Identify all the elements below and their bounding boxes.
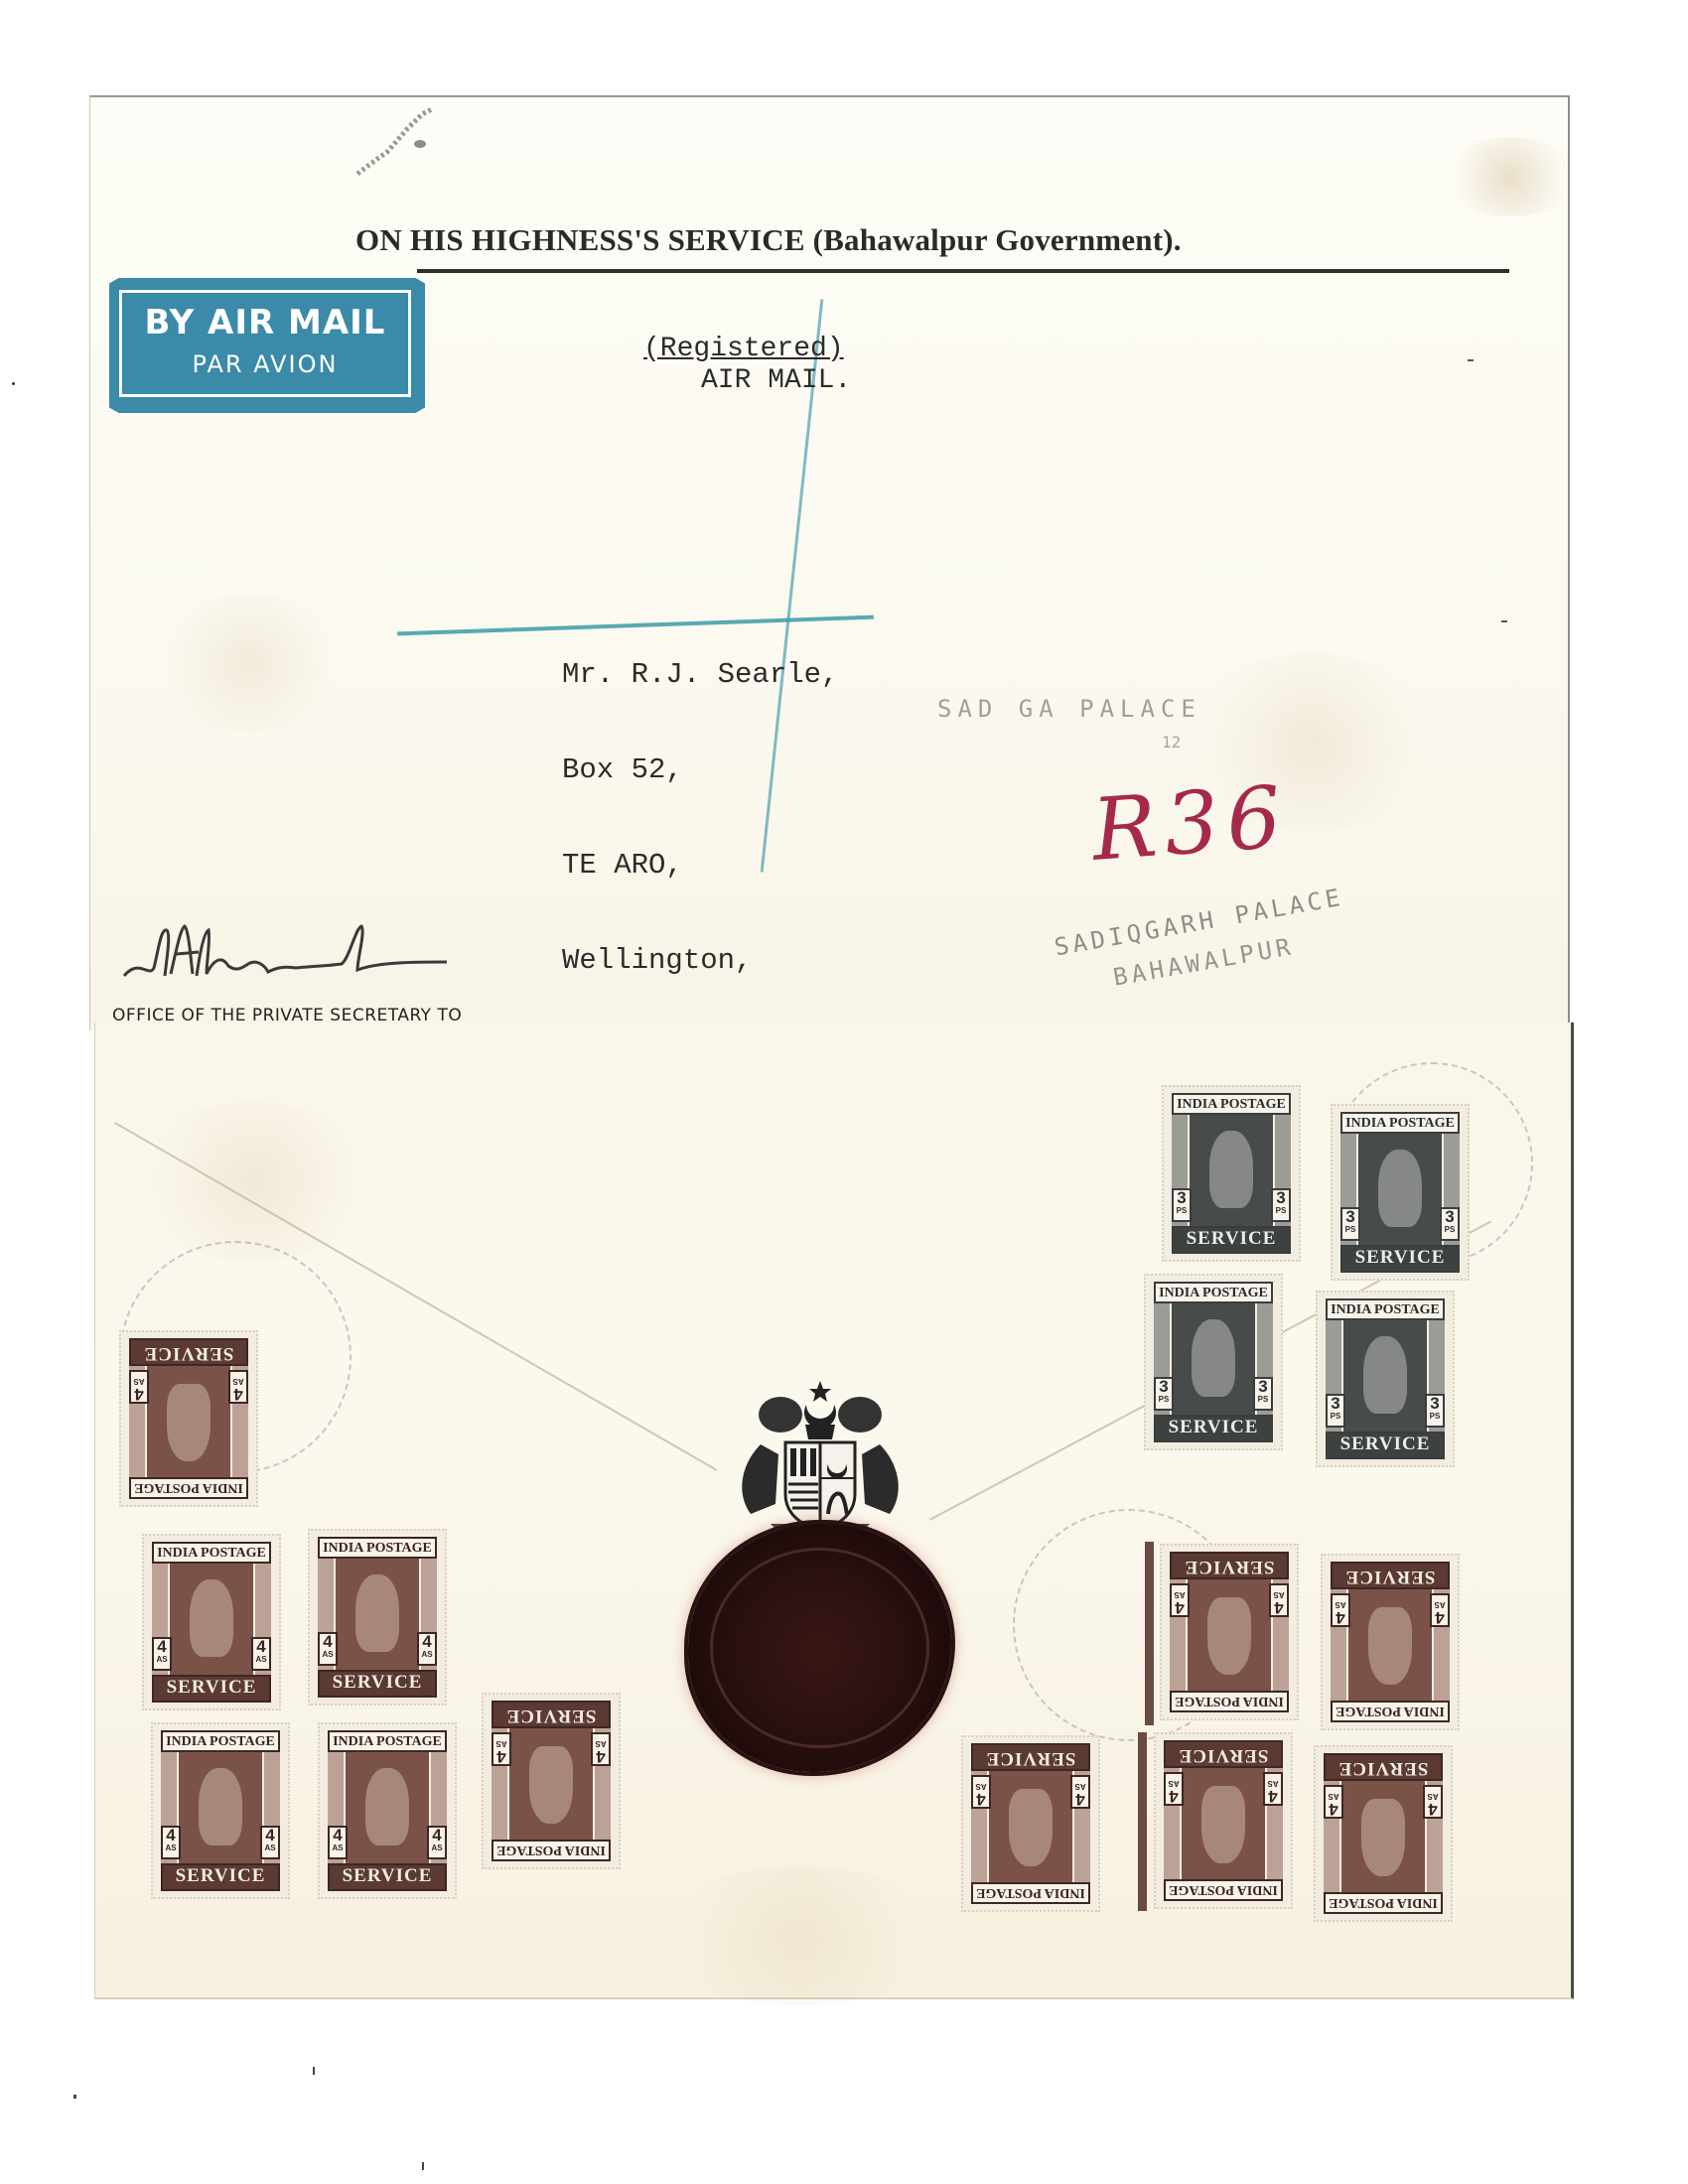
stamp-frame: INDIA POSTAGE 4AS 4AS SERVICE	[152, 1542, 271, 1703]
stamp-bot: SERVICE	[1340, 1245, 1460, 1273]
stamp-small: AS	[1166, 1778, 1182, 1788]
stamp-top: INDIA POSTAGE	[129, 1477, 248, 1499]
stamp-frame: INDIA POSTAGE 4AS 4AS SERVICE	[1164, 1740, 1283, 1901]
stamp-val-l: 3PS	[1340, 1207, 1360, 1241]
stamp-val-r: 4AS	[1170, 1583, 1190, 1617]
sheet-gutter-bar	[1138, 1732, 1147, 1911]
stamp-frame: INDIA POSTAGE 4AS 4AS SERVICE	[1331, 1562, 1450, 1722]
stamp-val-l: 4AS	[591, 1732, 611, 1766]
stamp-val-l: 4AS	[1269, 1583, 1289, 1617]
stamp-4as-service-inverted: INDIA POSTAGE 4AS 4AS SERVICE	[1160, 1544, 1299, 1720]
stamp-span: 4	[596, 1747, 605, 1766]
stamp-head	[1368, 1607, 1412, 1685]
stamp-4as-service: INDIA POSTAGE 4AS 4AS SERVICE	[308, 1529, 447, 1706]
stamp-small: PS	[1328, 1412, 1343, 1422]
stamp-top: INDIA POSTAGE	[1172, 1093, 1291, 1115]
stamp-mid: 4AS 4AS	[1170, 1579, 1289, 1691]
stamp-bot: SERVICE	[328, 1863, 447, 1891]
envelope-heading: ON HIS HIGHNESS'S SERVICE (Bahawalpur Go…	[355, 222, 1182, 258]
stamp-frame: INDIA POSTAGE 4AS 4AS SERVICE	[971, 1743, 1090, 1904]
stamp-frame: INDIA POSTAGE 3PS 3PS SERVICE	[1340, 1112, 1460, 1273]
stamp-top: INDIA POSTAGE	[1340, 1112, 1460, 1134]
stamp-small: AS	[429, 1843, 445, 1853]
stamp-top: INDIA POSTAGE	[328, 1730, 447, 1752]
heading-rule	[417, 269, 1509, 273]
stamp-val-r: 3PS	[1271, 1188, 1291, 1222]
stamp-span: 4	[496, 1747, 505, 1766]
stamp-top: INDIA POSTAGE	[161, 1730, 280, 1752]
stamp-head	[1201, 1786, 1245, 1863]
airmail-label-line1: BY AIR MAIL	[122, 303, 408, 342]
stamp-head	[355, 1574, 399, 1652]
stamp-small: AS	[973, 1781, 989, 1791]
stamp-4as-service-inverted: INDIA POSTAGE 4AS 4AS SERVICE	[961, 1735, 1100, 1912]
stamp-val-r: 4AS	[1164, 1772, 1184, 1806]
registered-text: (Registered)	[643, 334, 844, 364]
stamp-small: AS	[1432, 1599, 1448, 1609]
stamp-top: INDIA POSTAGE	[1164, 1879, 1283, 1901]
stamp-val-l: 4AS	[152, 1637, 172, 1671]
stamp-mid: 4AS 4AS	[1164, 1768, 1283, 1879]
stamp-4as-service: INDIA POSTAGE 4AS 4AS SERVICE	[151, 1722, 290, 1899]
stamp-portrait	[1348, 1589, 1432, 1701]
stamp-4as-service-inverted: INDIA POSTAGE 4AS 4AS SERVICE	[1321, 1554, 1460, 1730]
stamp-small: AS	[320, 1650, 336, 1660]
scan-speck	[313, 2067, 315, 2075]
stamp-val-r: 4AS	[260, 1826, 280, 1859]
registered-marking: (Registered)	[643, 334, 844, 364]
stamp-4as-service-inverted: INDIA POSTAGE 4AS 4AS SERVICE	[1314, 1745, 1453, 1922]
stamp-val-r: 3PS	[1253, 1377, 1273, 1411]
stamp-mid: 3PS 3PS	[1340, 1134, 1460, 1245]
stamp-small: AS	[1265, 1778, 1281, 1788]
stamp-val-l: 4AS	[228, 1370, 248, 1404]
stamp-span: 3	[1345, 1207, 1354, 1226]
stamp-head	[1009, 1789, 1053, 1866]
stamp-span: 4	[976, 1790, 985, 1809]
stamp-small: PS	[1255, 1395, 1271, 1405]
stamp-span: 4	[1329, 1800, 1337, 1819]
airmail-label-border: BY AIR MAIL PAR AVION	[119, 290, 411, 397]
stamp-span: 4	[1274, 1598, 1283, 1617]
stamp-small: AS	[253, 1655, 269, 1665]
stamp-span: 4	[256, 1637, 265, 1656]
stamp-head	[1207, 1597, 1251, 1675]
stamp-span: 4	[1169, 1787, 1178, 1806]
stamp-bot: SERVICE	[492, 1701, 611, 1728]
stamp-bot: SERVICE	[1172, 1226, 1291, 1254]
stamp-top: INDIA POSTAGE	[1331, 1701, 1450, 1722]
stamp-small: PS	[1427, 1412, 1443, 1422]
stamp-4as-service: INDIA POSTAGE 4AS 4AS SERVICE	[142, 1534, 281, 1710]
stamp-bot: SERVICE	[1164, 1740, 1283, 1768]
sheet-gutter-bar	[1145, 1542, 1154, 1725]
stamp-top: INDIA POSTAGE	[1326, 1298, 1445, 1320]
stamp-span: 4	[1075, 1790, 1084, 1809]
stamp-val-l: 4AS	[1070, 1775, 1090, 1809]
address-line: Box 52,	[562, 754, 838, 786]
stamp-head	[365, 1768, 409, 1845]
stamp-span: 3	[1177, 1188, 1186, 1207]
airmail-label: BY AIR MAIL PAR AVION	[109, 278, 425, 413]
ink-smudge	[352, 104, 442, 179]
stamp-val-r: 3PS	[1440, 1207, 1460, 1241]
stamp-val-l: 4AS	[1263, 1772, 1283, 1806]
stamp-bot: SERVICE	[152, 1675, 271, 1703]
stamp-4as-service-inverted: INDIA POSTAGE 4AS 4AS SERVICE	[1154, 1732, 1293, 1909]
stamp-portrait	[170, 1564, 253, 1675]
stamp-head	[529, 1746, 573, 1824]
stamp-span: 4	[1175, 1598, 1184, 1617]
stamp-val-l: 4AS	[1423, 1785, 1443, 1819]
stamp-head	[1378, 1150, 1422, 1227]
registration-number: R36	[1089, 767, 1293, 881]
stamp-small: AS	[1326, 1791, 1341, 1801]
stamp-val-l: 4AS	[318, 1632, 338, 1666]
stamp-span: 3	[1276, 1188, 1285, 1207]
stamp-val-r: 4AS	[251, 1637, 271, 1671]
stamp-head	[167, 1384, 211, 1461]
stamp-bot: SERVICE	[1170, 1552, 1289, 1579]
stamp-portrait	[989, 1771, 1072, 1882]
stamp-3ps-service: INDIA POSTAGE 3PS 3PS SERVICE	[1144, 1274, 1283, 1450]
stamp-span: 4	[233, 1385, 242, 1404]
stamp-small: AS	[593, 1738, 609, 1748]
stamp-portrait	[336, 1559, 419, 1670]
stamp-4as-service-inverted: INDIA POSTAGE 4AS 4AS SERVICE	[482, 1693, 621, 1869]
scan-speck	[422, 2162, 424, 2170]
stamp-span: 4	[323, 1632, 332, 1651]
stamp-small: AS	[230, 1376, 246, 1386]
stamp-span: 4	[333, 1826, 342, 1844]
stamp-head	[1361, 1799, 1405, 1876]
stamp-frame: INDIA POSTAGE 4AS 4AS SERVICE	[328, 1730, 447, 1891]
stamp-span: 4	[1428, 1800, 1437, 1819]
stamp-val-r: 4AS	[427, 1826, 447, 1859]
stamp-mid: 3PS 3PS	[1326, 1320, 1445, 1432]
stamp-bot: SERVICE	[1326, 1432, 1445, 1459]
stamp-portrait	[1343, 1320, 1427, 1432]
stamp-span: 3	[1159, 1377, 1168, 1396]
stamp-small: PS	[1174, 1206, 1190, 1216]
stamp-bot: SERVICE	[129, 1338, 248, 1366]
stamp-bot: SERVICE	[1324, 1753, 1443, 1781]
stamp-frame: INDIA POSTAGE 4AS 4AS SERVICE	[1324, 1753, 1443, 1914]
stamp-mid: 4AS 4AS	[492, 1728, 611, 1840]
stamp-val-l: 4AS	[161, 1826, 181, 1859]
stamp-frame: INDIA POSTAGE 3PS 3PS SERVICE	[1154, 1282, 1273, 1442]
stamp-frame: INDIA POSTAGE 4AS 4AS SERVICE	[492, 1701, 611, 1861]
stamp-frame: INDIA POSTAGE 4AS 4AS SERVICE	[129, 1338, 248, 1499]
stamp-val-l: 3PS	[1326, 1394, 1345, 1428]
stamp-3ps-service: INDIA POSTAGE 3PS 3PS SERVICE	[1316, 1291, 1455, 1467]
stamp-mid: 4AS 4AS	[1324, 1781, 1443, 1892]
stamp-val-l: 4AS	[328, 1826, 348, 1859]
stamp-mid: 4AS 4AS	[328, 1752, 447, 1863]
stamp-small: AS	[1333, 1599, 1348, 1609]
stamp-head	[1363, 1336, 1407, 1414]
stamp-mid: 3PS 3PS	[1154, 1303, 1273, 1415]
stamp-span: 3	[1331, 1394, 1339, 1413]
address-line: TE ARO,	[562, 850, 838, 882]
stamp-span: 3	[1430, 1394, 1439, 1413]
stamp-frame: INDIA POSTAGE 3PS 3PS SERVICE	[1172, 1093, 1291, 1254]
stamp-head	[199, 1768, 242, 1845]
stamp-val-r: 4AS	[492, 1732, 511, 1766]
stamp-span: 4	[166, 1826, 175, 1844]
stamp-portrait	[179, 1752, 262, 1863]
stamp-4as-service: INDIA POSTAGE 4AS 4AS SERVICE	[318, 1722, 457, 1899]
stamp-val-r: 4AS	[1324, 1785, 1343, 1819]
stamp-span: 4	[1336, 1608, 1344, 1627]
stamp-head	[190, 1579, 233, 1657]
stamp-top: INDIA POSTAGE	[971, 1882, 1090, 1904]
stamp-span: 4	[134, 1385, 143, 1404]
stamp-span: 4	[1268, 1787, 1277, 1806]
stamp-3ps-service: INDIA POSTAGE 3PS 3PS SERVICE	[1331, 1104, 1470, 1281]
scan-speck	[73, 2095, 76, 2099]
stamp-small: AS	[163, 1843, 179, 1853]
stamp-portrait	[1358, 1134, 1442, 1245]
stamp-small: AS	[1271, 1589, 1287, 1599]
stamp-span: 4	[1435, 1608, 1444, 1627]
address-line: Mr. R.J. Searle,	[562, 659, 838, 691]
stamp-frame: INDIA POSTAGE 3PS 3PS SERVICE	[1326, 1298, 1445, 1459]
stamp-span: 4	[157, 1637, 166, 1656]
stamp-val-r: 4AS	[417, 1632, 437, 1666]
stamp-small: PS	[1442, 1225, 1458, 1235]
stamp-small: AS	[262, 1843, 278, 1853]
stamp-top: INDIA POSTAGE	[492, 1840, 611, 1861]
stamp-small: AS	[330, 1843, 346, 1853]
stamp-head	[1209, 1131, 1253, 1208]
stamp-bot: SERVICE	[318, 1670, 437, 1698]
stamp-portrait	[1182, 1768, 1265, 1879]
stamp-mid: 4AS 4AS	[318, 1559, 437, 1670]
stamp-frame: INDIA POSTAGE 4AS 4AS SERVICE	[318, 1537, 437, 1698]
scan-speck	[12, 382, 15, 385]
postmark-date: 12	[1162, 733, 1181, 751]
stamp-val-l: 3PS	[1172, 1188, 1192, 1222]
stamp-small: PS	[1273, 1206, 1289, 1216]
stamp-frame: INDIA POSTAGE 4AS 4AS SERVICE	[1170, 1552, 1289, 1712]
stamp-small: AS	[1172, 1589, 1188, 1599]
stamp-val-r: 4AS	[1331, 1593, 1350, 1627]
stamp-top: INDIA POSTAGE	[1170, 1691, 1289, 1712]
stamp-mid: 4AS 4AS	[1331, 1589, 1450, 1701]
stamp-head	[1192, 1319, 1235, 1397]
postmark-partial: SAD GA PALACE	[937, 695, 1201, 723]
stamp-small: PS	[1342, 1225, 1358, 1235]
stamp-portrait	[147, 1366, 230, 1477]
stamp-small: AS	[154, 1655, 170, 1665]
stamp-bot: SERVICE	[971, 1743, 1090, 1771]
scan-speck	[1501, 620, 1507, 622]
stamp-small: PS	[1156, 1395, 1172, 1405]
stamp-top: INDIA POSTAGE	[1154, 1282, 1273, 1303]
stamp-small: AS	[1072, 1781, 1088, 1791]
stamp-portrait	[509, 1728, 593, 1840]
stamp-bot: SERVICE	[1154, 1415, 1273, 1442]
scan-speck	[1468, 359, 1474, 361]
stamp-portrait	[1341, 1781, 1425, 1892]
stamp-4as-service-inverted: INDIA POSTAGE 4AS 4AS SERVICE	[119, 1330, 258, 1507]
stamp-top: INDIA POSTAGE	[318, 1537, 437, 1559]
stamp-mid: 4AS 4AS	[152, 1564, 271, 1675]
stamp-mid: 4AS 4AS	[161, 1752, 280, 1863]
stamp-top: INDIA POSTAGE	[1324, 1892, 1443, 1914]
stamp-mid: 4AS 4AS	[129, 1366, 248, 1477]
signature	[119, 918, 477, 986]
stamp-val-r: 4AS	[129, 1370, 149, 1404]
stamp-val-l: 4AS	[1430, 1593, 1450, 1627]
airmail-label-line2: PAR AVION	[122, 350, 408, 378]
address-line: Wellington,	[562, 945, 838, 977]
stamp-portrait	[346, 1752, 429, 1863]
stamp-small: AS	[131, 1376, 147, 1386]
stamp-val-r: 3PS	[1425, 1394, 1445, 1428]
stamp-val-l: 3PS	[1154, 1377, 1174, 1411]
stamp-span: 4	[422, 1632, 431, 1651]
stamp-portrait	[1188, 1579, 1271, 1691]
seal-ring	[710, 1548, 929, 1748]
stamp-val-r: 4AS	[971, 1775, 991, 1809]
airmail-typed-marking: AIR MAIL.	[701, 365, 851, 396]
stamp-bot: SERVICE	[1331, 1562, 1450, 1589]
stamp-portrait	[1172, 1303, 1255, 1415]
stamp-mid: 4AS 4AS	[971, 1771, 1090, 1882]
stamp-top: INDIA POSTAGE	[152, 1542, 271, 1564]
stamp-bot: SERVICE	[161, 1863, 280, 1891]
stamp-span: 4	[265, 1826, 274, 1844]
stamp-span: 4	[432, 1826, 441, 1844]
stamp-portrait	[1190, 1115, 1273, 1226]
stamp-span: 3	[1258, 1377, 1267, 1396]
stamp-small: AS	[493, 1738, 509, 1748]
stamp-3ps-service: INDIA POSTAGE 3PS 3PS SERVICE	[1162, 1085, 1301, 1262]
stamp-mid: 3PS 3PS	[1172, 1115, 1291, 1226]
stamp-small: AS	[419, 1650, 435, 1660]
stamp-span: 3	[1445, 1207, 1454, 1226]
stamp-small: AS	[1425, 1791, 1441, 1801]
stamp-frame: INDIA POSTAGE 4AS 4AS SERVICE	[161, 1730, 280, 1891]
